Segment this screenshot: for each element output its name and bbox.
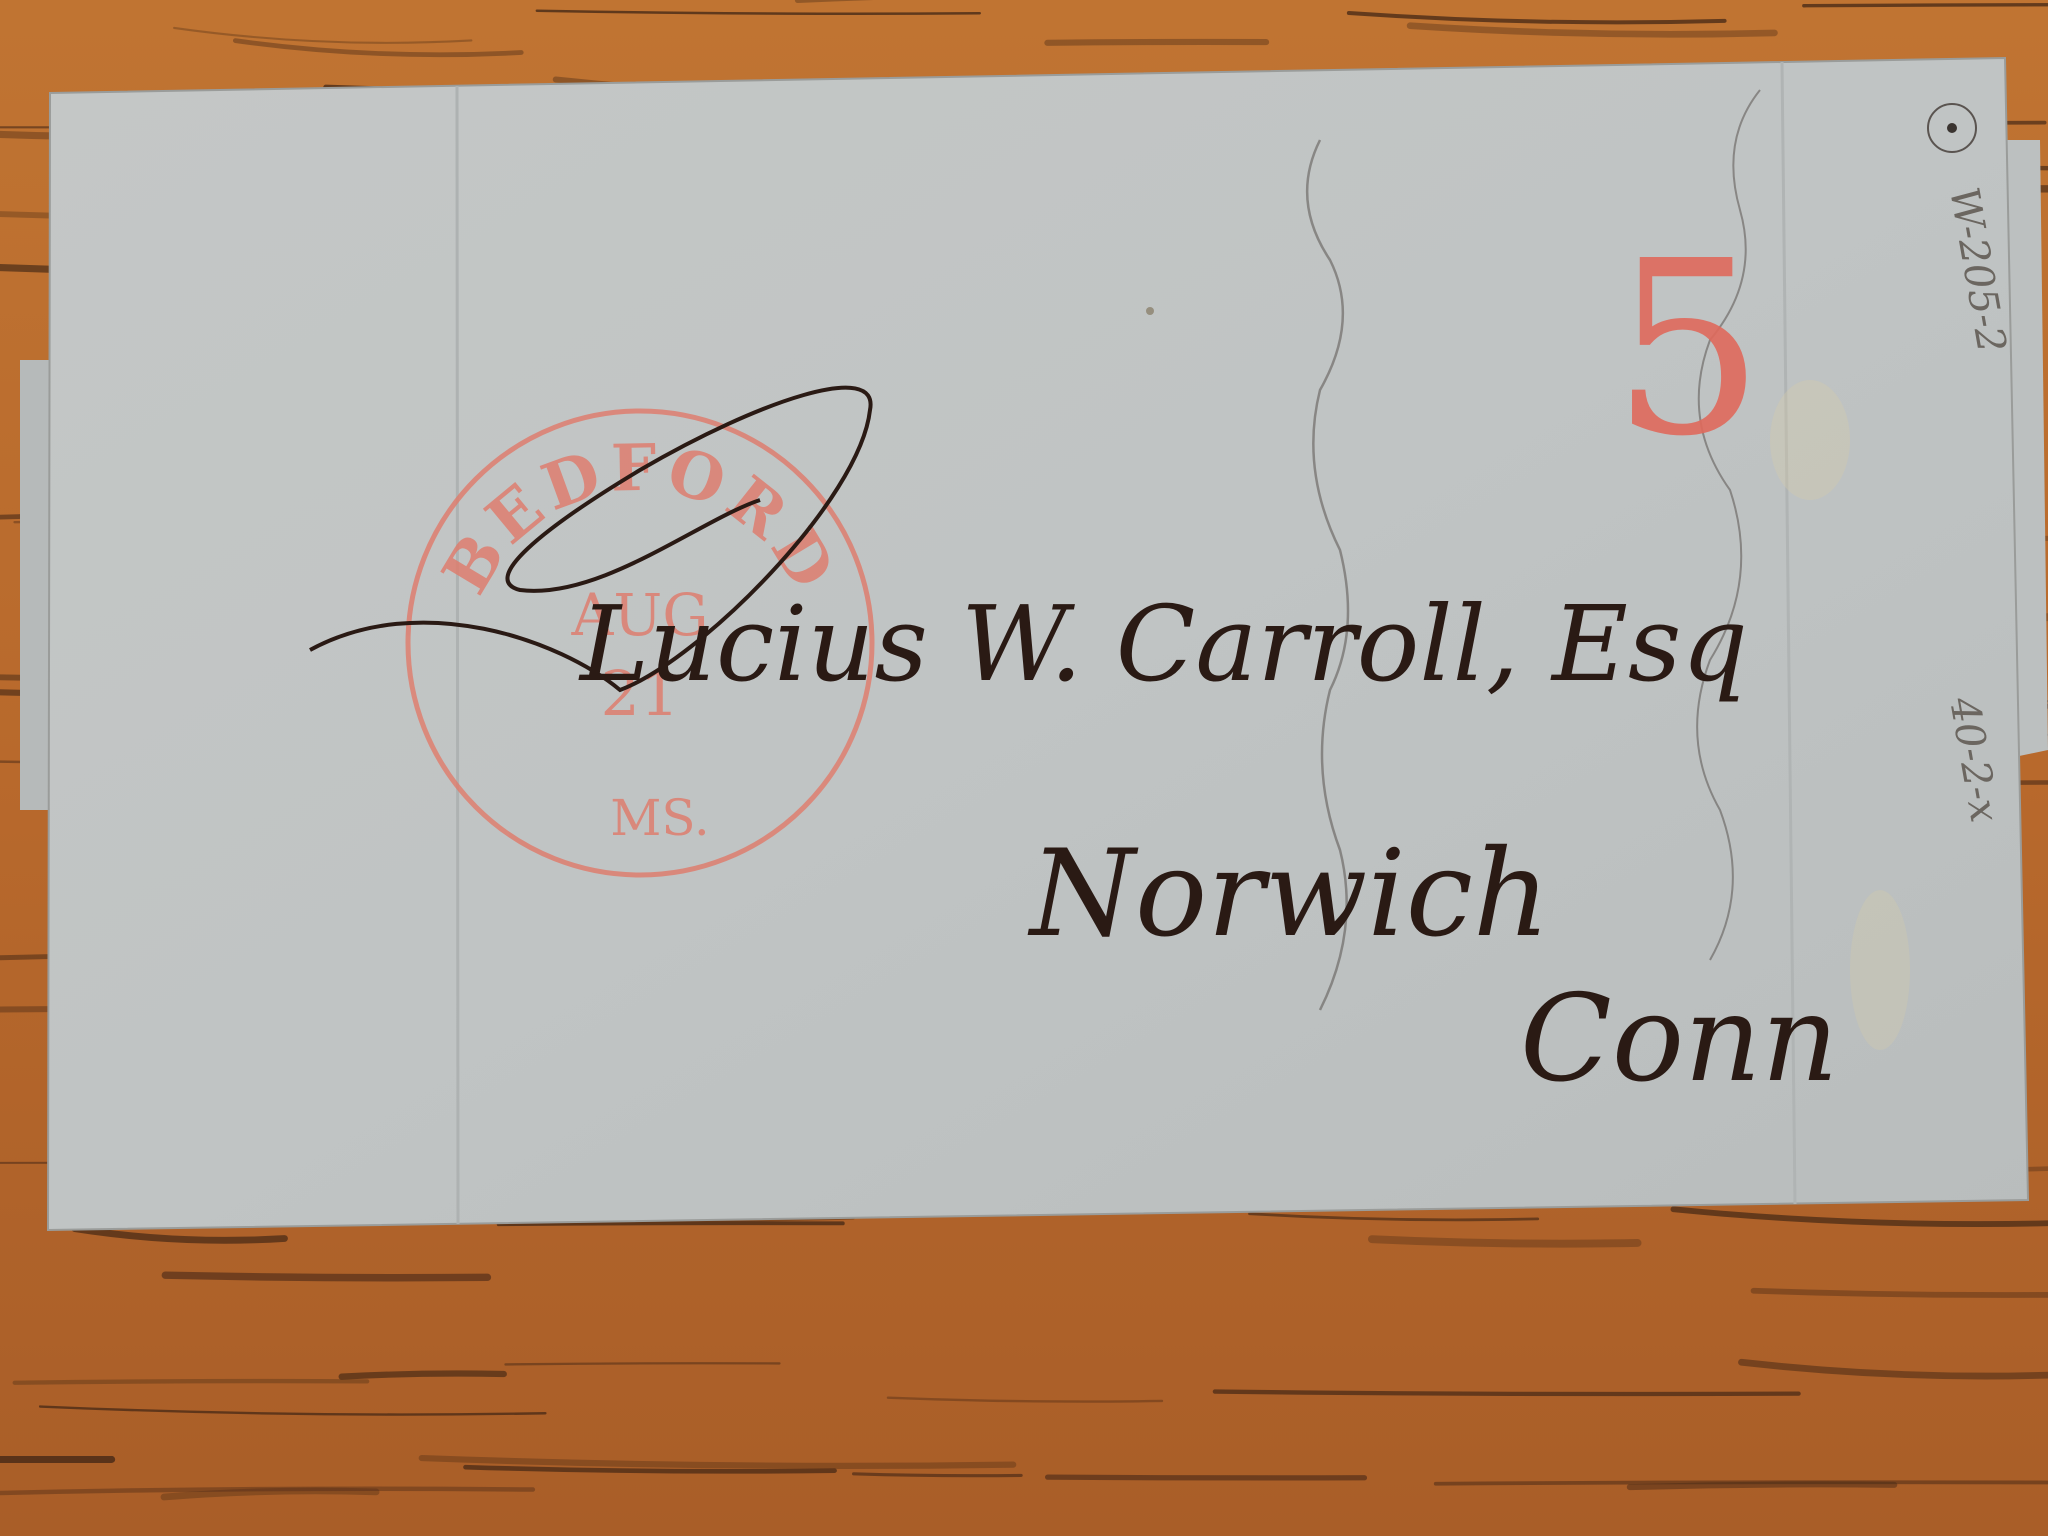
address-line-city: Norwich	[1027, 825, 1550, 964]
folded-letter-cover: W-205-2 40-2-x BEDFORD AUG 21 MS. 5 Luci…	[0, 0, 2048, 1536]
address-line-name: Lucius W. Carroll, Esq	[578, 583, 1748, 705]
fold-line-left	[457, 86, 458, 1224]
rate-marking: 5	[1612, 209, 1765, 489]
postmark-state: MS.	[610, 789, 710, 847]
address-line-state: Conn	[1520, 970, 1839, 1109]
